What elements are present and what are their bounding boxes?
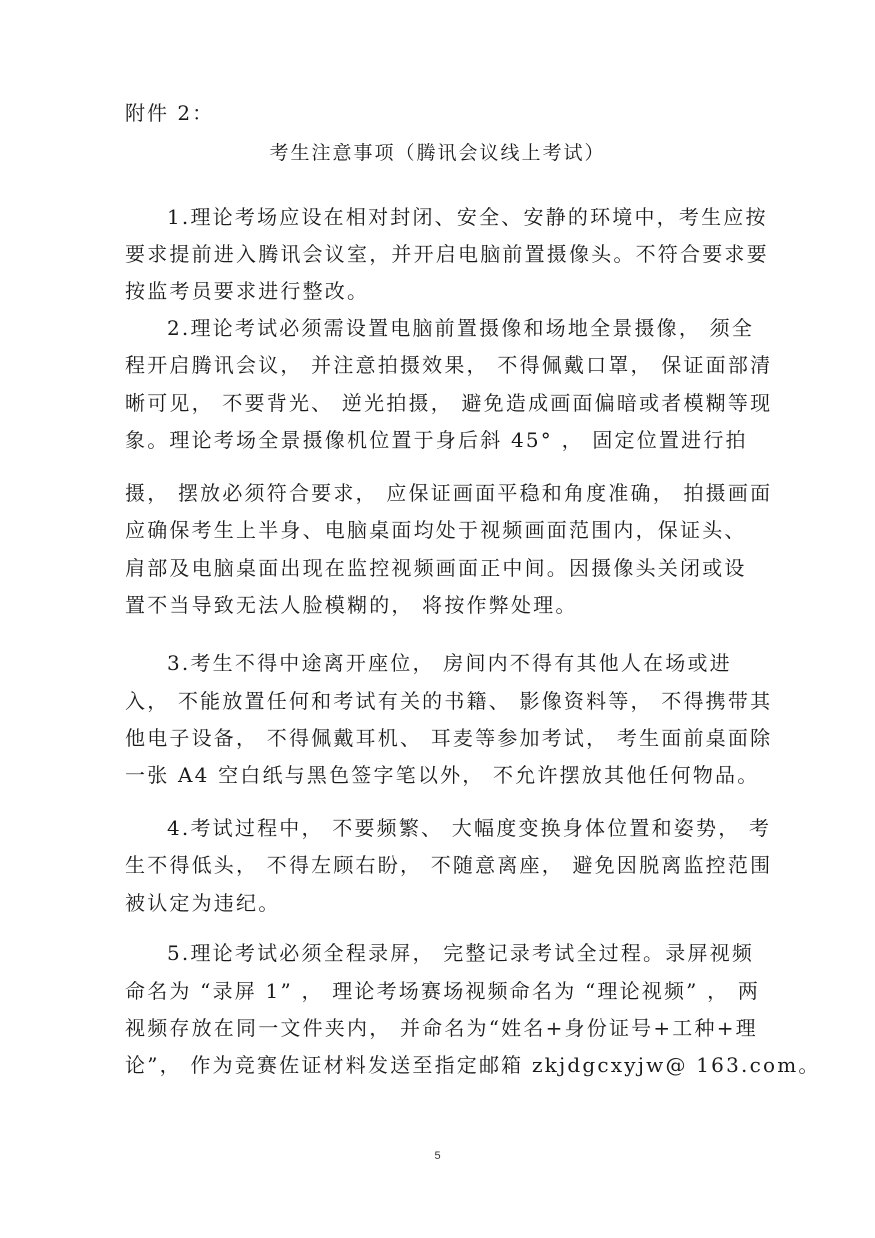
paragraph-line: 生不得低头， 不得左顾右盼， 不随意离座， 避免因脱离监控范围 [125,850,755,880]
paragraph-line: 应确保考生上半身、电脑桌面均处于视频画面范围内，保证头、 [125,515,755,545]
document-title: 考生注意事项（腾讯会议线上考试） [0,138,875,165]
paragraph-line: 被认定为违纪。 [125,888,755,918]
paragraph-first-line: 1.理论考场应设在相对封闭、安全、安静的环境中，考生应按 [167,202,797,232]
paragraph-first-line: 5.理论考试必须全程录屏， 完整记录考试全过程。录屏视频 [167,938,797,968]
paragraph-line: 一张 A4 空白纸与黑色签字笔以外， 不允许摆放其他任何物品。 [125,760,755,790]
paragraph-line: 置不当导致无法人脸模糊的， 将按作弊处理。 [125,590,755,620]
document-page: 附件 2： 考生注意事项（腾讯会议线上考试） 1.理论考场应设在相对封闭、安全、… [0,0,875,1238]
paragraph-line: 按监考员要求进行整改。 [125,276,755,306]
paragraph-line: 论”， 作为竞赛佐证材料发送至指定邮箱 zkjdgcxyjw@ 163.com。 [125,1050,755,1080]
page-number: 5 [0,1150,875,1162]
paragraph-line: 他电子设备， 不得佩戴耳机、 耳麦等参加考试， 考生面前桌面除 [125,723,755,753]
paragraph-line: 晰可见， 不要背光、 逆光拍摄， 避免造成画面偏暗或者模糊等现 [125,388,755,418]
paragraph-line: 肩部及电脑桌面出现在监控视频画面正中间。因摄像头关闭或设 [125,553,755,583]
paragraph-first-line: 2.理论考试必须需设置电脑前置摄像和场地全景摄像， 须全 [167,313,797,343]
paragraph-line: 视频存放在同一文件夹内， 并命名为“姓名+身份证号+工种+理 [125,1013,755,1043]
paragraph-line: 摄， 摆放必须符合要求， 应保证画面平稳和角度准确， 拍摄画面 [125,478,755,508]
paragraph-first-line: 4.考试过程中， 不要频繁、 大幅度变换身体位置和姿势， 考 [167,813,797,843]
paragraph-first-line: 3.考生不得中途离开座位， 房间内不得有其他人在场或进 [167,648,797,678]
paragraph-line: 象。理论考场全景摄像机位置于身后斜 45° ， 固定位置进行拍 [125,425,755,455]
paragraph-line: 要求提前进入腾讯会议室，并开启电脑前置摄像头。不符合要求要 [125,239,755,269]
attachment-label: 附件 2： [125,97,214,126]
paragraph-line: 命名为 “录屏 1” ， 理论考场赛场视频命名为 “理论视频” ， 两 [125,976,755,1006]
paragraph-line: 入， 不能放置任何和考试有关的书籍、 影像资料等， 不得携带其 [125,686,755,716]
paragraph-line: 程开启腾讯会议， 并注意拍摄效果， 不得佩戴口罩， 保证面部清 [125,350,755,380]
